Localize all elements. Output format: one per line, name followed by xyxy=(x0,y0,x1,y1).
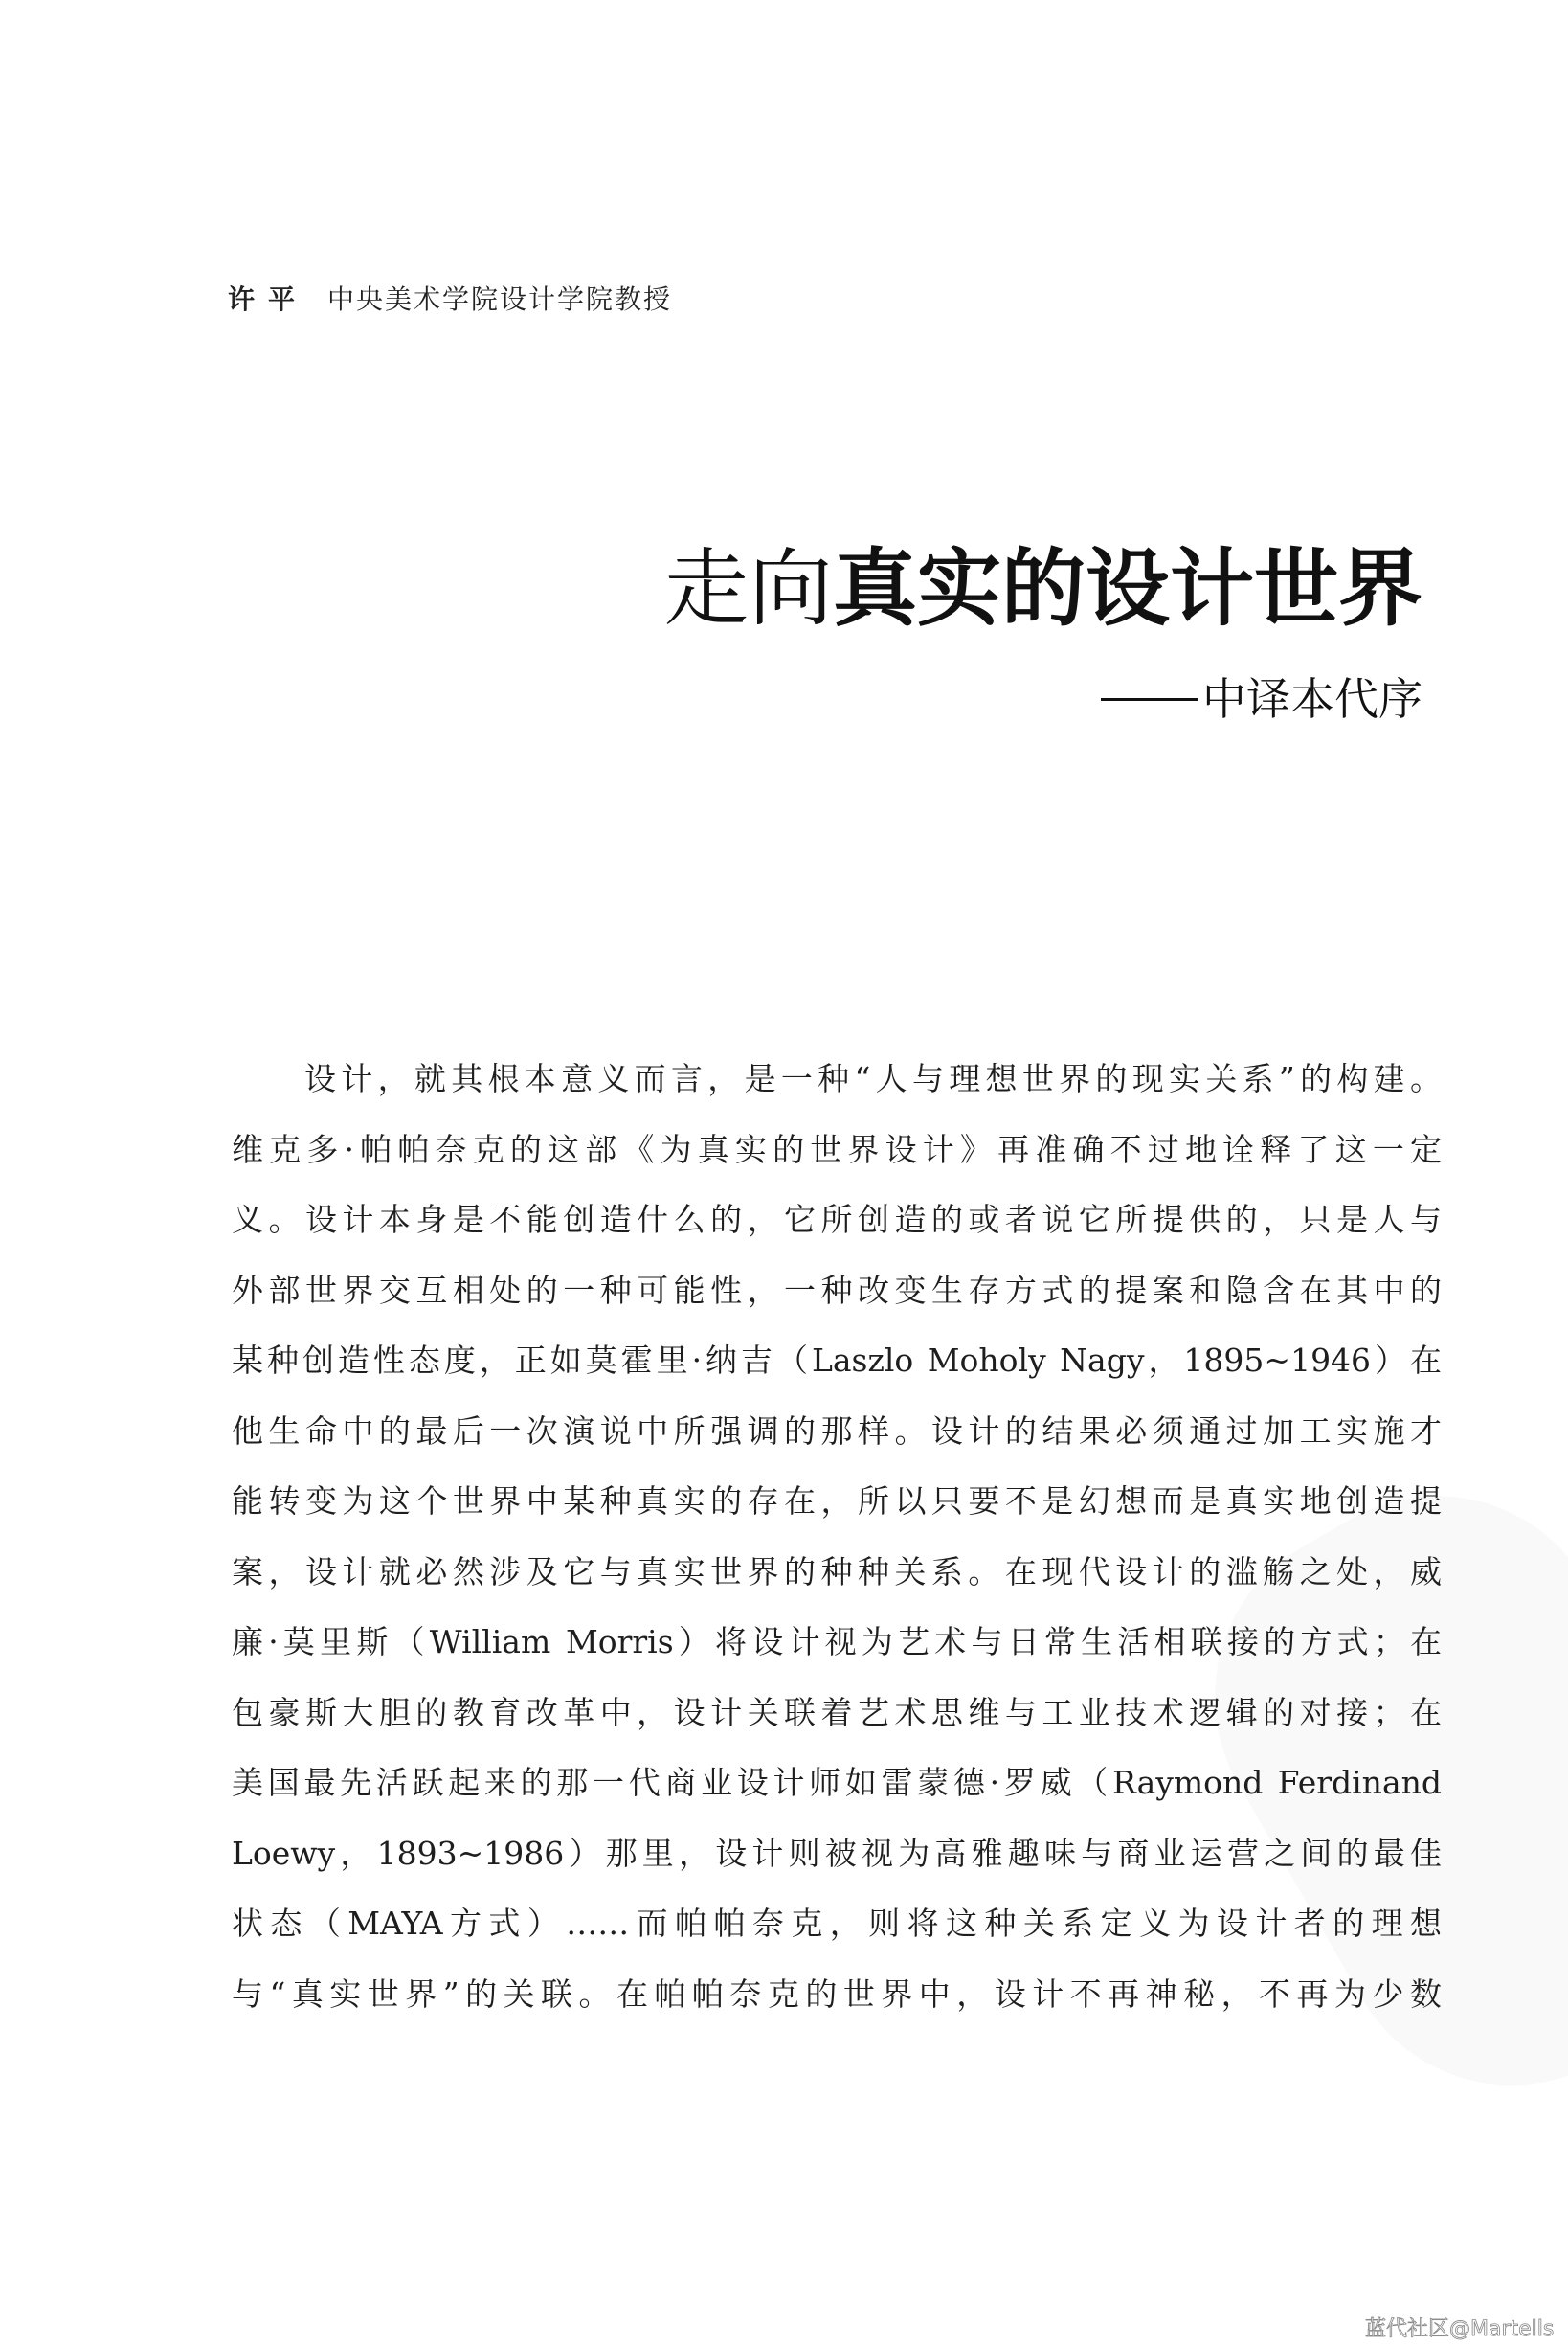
author-line: 许平中央美术学院设计学院教授 xyxy=(228,282,672,317)
author-title: 中央美术学院设计学院教授 xyxy=(327,283,672,315)
body-line: 他生命中的最后一次演说中所强调的那样。设计的结果必须通过加工实施才 xyxy=(232,1396,1442,1467)
body-paragraph: 设计，就其根本意义而言，是一种“人与理想世界的现实关系”的构建。 维克多·帕帕奈… xyxy=(232,1044,1442,2029)
body-line: 外部世界交互相处的一种可能性，一种改变生存方式的提案和隐含在其中的 xyxy=(232,1255,1442,1326)
body-line: Loewy，1893~1986）那里，设计则被视为高雅趣味与商业运营之间的最佳 xyxy=(232,1818,1442,1889)
footer-watermark: 蓝代社区@Martells xyxy=(1365,2315,1554,2344)
body-line: 案，设计就必然涉及它与真实世界的种种关系。在现代设计的滥觞之处，威 xyxy=(232,1537,1442,1608)
title-bold-part: 真实的设计世界 xyxy=(833,539,1422,638)
body-line: 设计，就其根本意义而言，是一种“人与理想世界的现实关系”的构建。 xyxy=(232,1044,1442,1115)
body-line: 义。设计本身是不能创造什么的，它所创造的或者说它所提供的，只是人与 xyxy=(232,1184,1442,1255)
body-line: 与“真实世界”的关联。在帕帕奈克的世界中，设计不再神秘，不再为少数 xyxy=(232,1959,1442,2030)
body-line: 状态（MAYA方式）……而帕帕奈克，则将这种关系定义为设计者的理想 xyxy=(232,1888,1442,1959)
body-line: 美国最先活跃起来的那一代商业设计师如雷蒙德·罗威（Raymond Ferdina… xyxy=(232,1748,1442,1818)
body-line: 能转变为这个世界中某种真实的存在，所以只要不是幻想而是真实地创造提 xyxy=(232,1466,1442,1537)
title-light-part: 走向 xyxy=(664,539,833,638)
page-title: 走向真实的设计世界 xyxy=(664,536,1422,642)
body-line: 包豪斯大胆的教育改革中，设计关联着艺术思维与工业技术逻辑的对接；在 xyxy=(232,1678,1442,1748)
page-subtitle: 中译本代序 xyxy=(1101,670,1422,728)
body-line: 廉·莫里斯（William Morris）将设计视为艺术与日常生活相联接的方式；… xyxy=(232,1607,1442,1678)
em-dash-rule xyxy=(1101,698,1198,701)
subtitle-text: 中译本代序 xyxy=(1202,673,1422,725)
author-name: 许平 xyxy=(228,283,308,315)
book-page: 许平中央美术学院设计学院教授 走向真实的设计世界 中译本代序 设计，就其根本意义… xyxy=(0,0,1568,2346)
body-line: 某种创造性态度，正如莫霍里·纳吉（Laszlo Moholy Nagy，1895… xyxy=(232,1325,1442,1396)
body-line: 维克多·帕帕奈克的这部《为真实的世界设计》再准确不过地诠释了这一定 xyxy=(232,1115,1442,1185)
